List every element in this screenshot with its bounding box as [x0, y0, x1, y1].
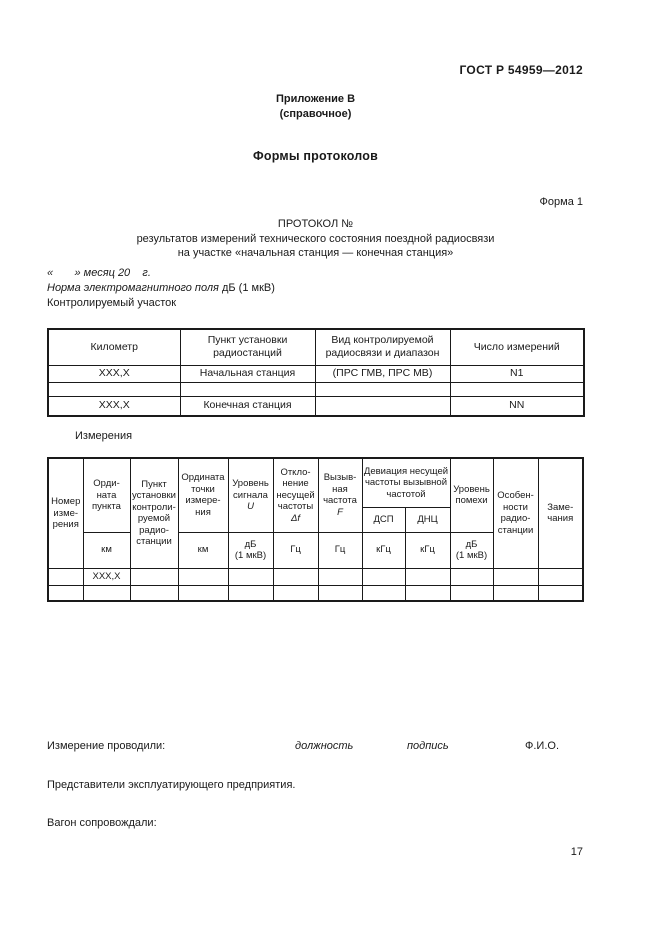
cell: [493, 568, 538, 585]
cell: [318, 568, 362, 585]
cell-radio-type: (ПРС ГМВ, ПРС МВ): [315, 365, 450, 382]
standard-reference: ГОСТ Р 54959—2012: [48, 63, 583, 77]
cell: [362, 568, 405, 585]
measurements-section-label: Измерения: [75, 430, 132, 442]
cell: [273, 568, 318, 585]
cell: [405, 568, 450, 585]
cell: [178, 585, 228, 601]
signature-label: подпись: [407, 740, 449, 752]
cell: [178, 568, 228, 585]
cell: [450, 585, 493, 601]
section-title: Формы протоколов: [48, 149, 583, 163]
table-row: [48, 382, 584, 396]
protocol-subtitle-2: на участке «начальная станция — конечная…: [48, 246, 583, 261]
cell: [405, 585, 450, 601]
appendix-subtitle: (справочное): [48, 107, 583, 122]
unit-signal-db: дБ (1 мкВ): [228, 532, 273, 568]
cell: [48, 568, 83, 585]
cell-radio-type: [315, 382, 450, 396]
cell-kilometer: [48, 382, 180, 396]
cell: [538, 568, 583, 585]
protocol-subtitle-1: результатов измерений технического состо…: [48, 232, 583, 247]
table-row: ХХХ,Х Начальная станция (ПРС ГМВ, ПРС МВ…: [48, 365, 584, 382]
position-label: должность: [295, 740, 353, 752]
cell: [318, 585, 362, 601]
cell-count: [450, 382, 584, 396]
page-number: 17: [48, 846, 583, 858]
norm-units: дБ (1 мкВ): [219, 282, 275, 294]
col-header-call-frequency: Вызыв- ная частотаF: [318, 458, 362, 532]
cell: [273, 585, 318, 601]
col-header-remarks: Заме- чания: [538, 458, 583, 568]
escort-label: Вагон сопровождали:: [47, 817, 157, 829]
cell: [130, 585, 178, 601]
representatives-label: Представители эксплуатирующего предприят…: [47, 779, 295, 791]
cell: [48, 585, 83, 601]
signature-line: Измерение проводили: должность подпись Ф…: [0, 740, 661, 754]
unit-offset-hz: Гц: [273, 532, 318, 568]
cell: [493, 585, 538, 601]
col-header-noise-level: Уровень помехи: [450, 458, 493, 532]
controlled-section-label: Контролируемый участок: [47, 296, 275, 311]
conducted-by-label: Измерение проводили:: [47, 740, 165, 752]
full-name-label: Ф.И.О.: [525, 740, 559, 752]
norm-line: Норма электромагнитного поля дБ (1 мкВ): [47, 281, 275, 296]
cell: ХХХ,Х: [83, 568, 130, 585]
table-row: ХХХ,Х Конечная станция NN: [48, 396, 584, 416]
protocol-heading: ПРОТОКОЛ № результатов измерений техниче…: [48, 217, 583, 261]
cell-station: Конечная станция: [180, 396, 315, 416]
col-header-carrier-offset: Откло- нение несущей частотыΔf: [273, 458, 318, 532]
col-header-dnc: ДНЦ: [405, 507, 450, 532]
appendix-heading: Приложение В (справочное): [48, 92, 583, 122]
cell: [83, 585, 130, 601]
col-header-deviation-group: Девиация несущей частоты вызывной частот…: [362, 458, 450, 507]
unit-point-km: км: [83, 532, 130, 568]
carrier-offset-symbol: Δf: [291, 513, 300, 524]
cell: [450, 568, 493, 585]
norm-label: Норма электромагнитного поля: [47, 282, 219, 294]
col-header-radio-type: Вид контролируемой радиосвязи и диапазон: [315, 329, 450, 365]
cell-kilometer: ХХХ,Х: [48, 396, 180, 416]
unit-dsp-khz: кГц: [362, 532, 405, 568]
cell-count: N1: [450, 365, 584, 382]
call-frequency-symbol: F: [337, 507, 343, 518]
unit-noise-db: дБ (1 мкВ): [450, 532, 493, 568]
col-header-dsp: ДСП: [362, 507, 405, 532]
cell: [538, 585, 583, 601]
date-line: « » месяц 20 г.: [47, 266, 275, 281]
col-header-point-ordinate: Орди- ната пункта: [83, 458, 130, 532]
table-row: ХХХ,Х: [48, 568, 583, 585]
cell: [130, 568, 178, 585]
col-header-measure-count: Число измерений: [450, 329, 584, 365]
col-header-kilometer: Километр: [48, 329, 180, 365]
cell: [362, 585, 405, 601]
signal-symbol: U: [247, 501, 254, 512]
col-header-measure-number: Номер изме- рения: [48, 458, 83, 568]
cell-station: Начальная станция: [180, 365, 315, 382]
stations-header-row: Километр Пункт установки радиостанций Ви…: [48, 329, 584, 365]
unit-measure-km: км: [178, 532, 228, 568]
measurements-header-row-1: Номер изме- рения Орди- ната пункта Пунк…: [48, 458, 583, 507]
col-header-station-features: Особен- ности радио- станции: [493, 458, 538, 568]
protocol-info-block: « » месяц 20 г. Норма электромагнитного …: [47, 266, 275, 311]
cell-count: NN: [450, 396, 584, 416]
col-header-signal-level: Уровень сигналаU: [228, 458, 273, 532]
form-number-label: Форма 1: [48, 196, 583, 208]
document-page: { "page": { "standard_ref": "ГОСТ Р 5495…: [0, 0, 661, 936]
protocol-title: ПРОТОКОЛ №: [48, 217, 583, 232]
unit-call-hz: Гц: [318, 532, 362, 568]
cell-kilometer: ХХХ,Х: [48, 365, 180, 382]
cell-station: [180, 382, 315, 396]
col-header-measure-point-ordinate: Ордината точки измере- ния: [178, 458, 228, 532]
appendix-title: Приложение В: [48, 92, 583, 107]
cell: [228, 585, 273, 601]
col-header-station-point: Пункт установки радиостанций: [180, 329, 315, 365]
cell: [228, 568, 273, 585]
measurements-table: Номер изме- рения Орди- ната пункта Пунк…: [47, 457, 584, 602]
col-header-controlled-station: Пункт установки контроли- руемой радио- …: [130, 458, 178, 568]
cell-radio-type: [315, 396, 450, 416]
unit-dnc-khz: кГц: [405, 532, 450, 568]
table-row: [48, 585, 583, 601]
stations-table: Километр Пункт установки радиостанций Ви…: [47, 328, 585, 417]
